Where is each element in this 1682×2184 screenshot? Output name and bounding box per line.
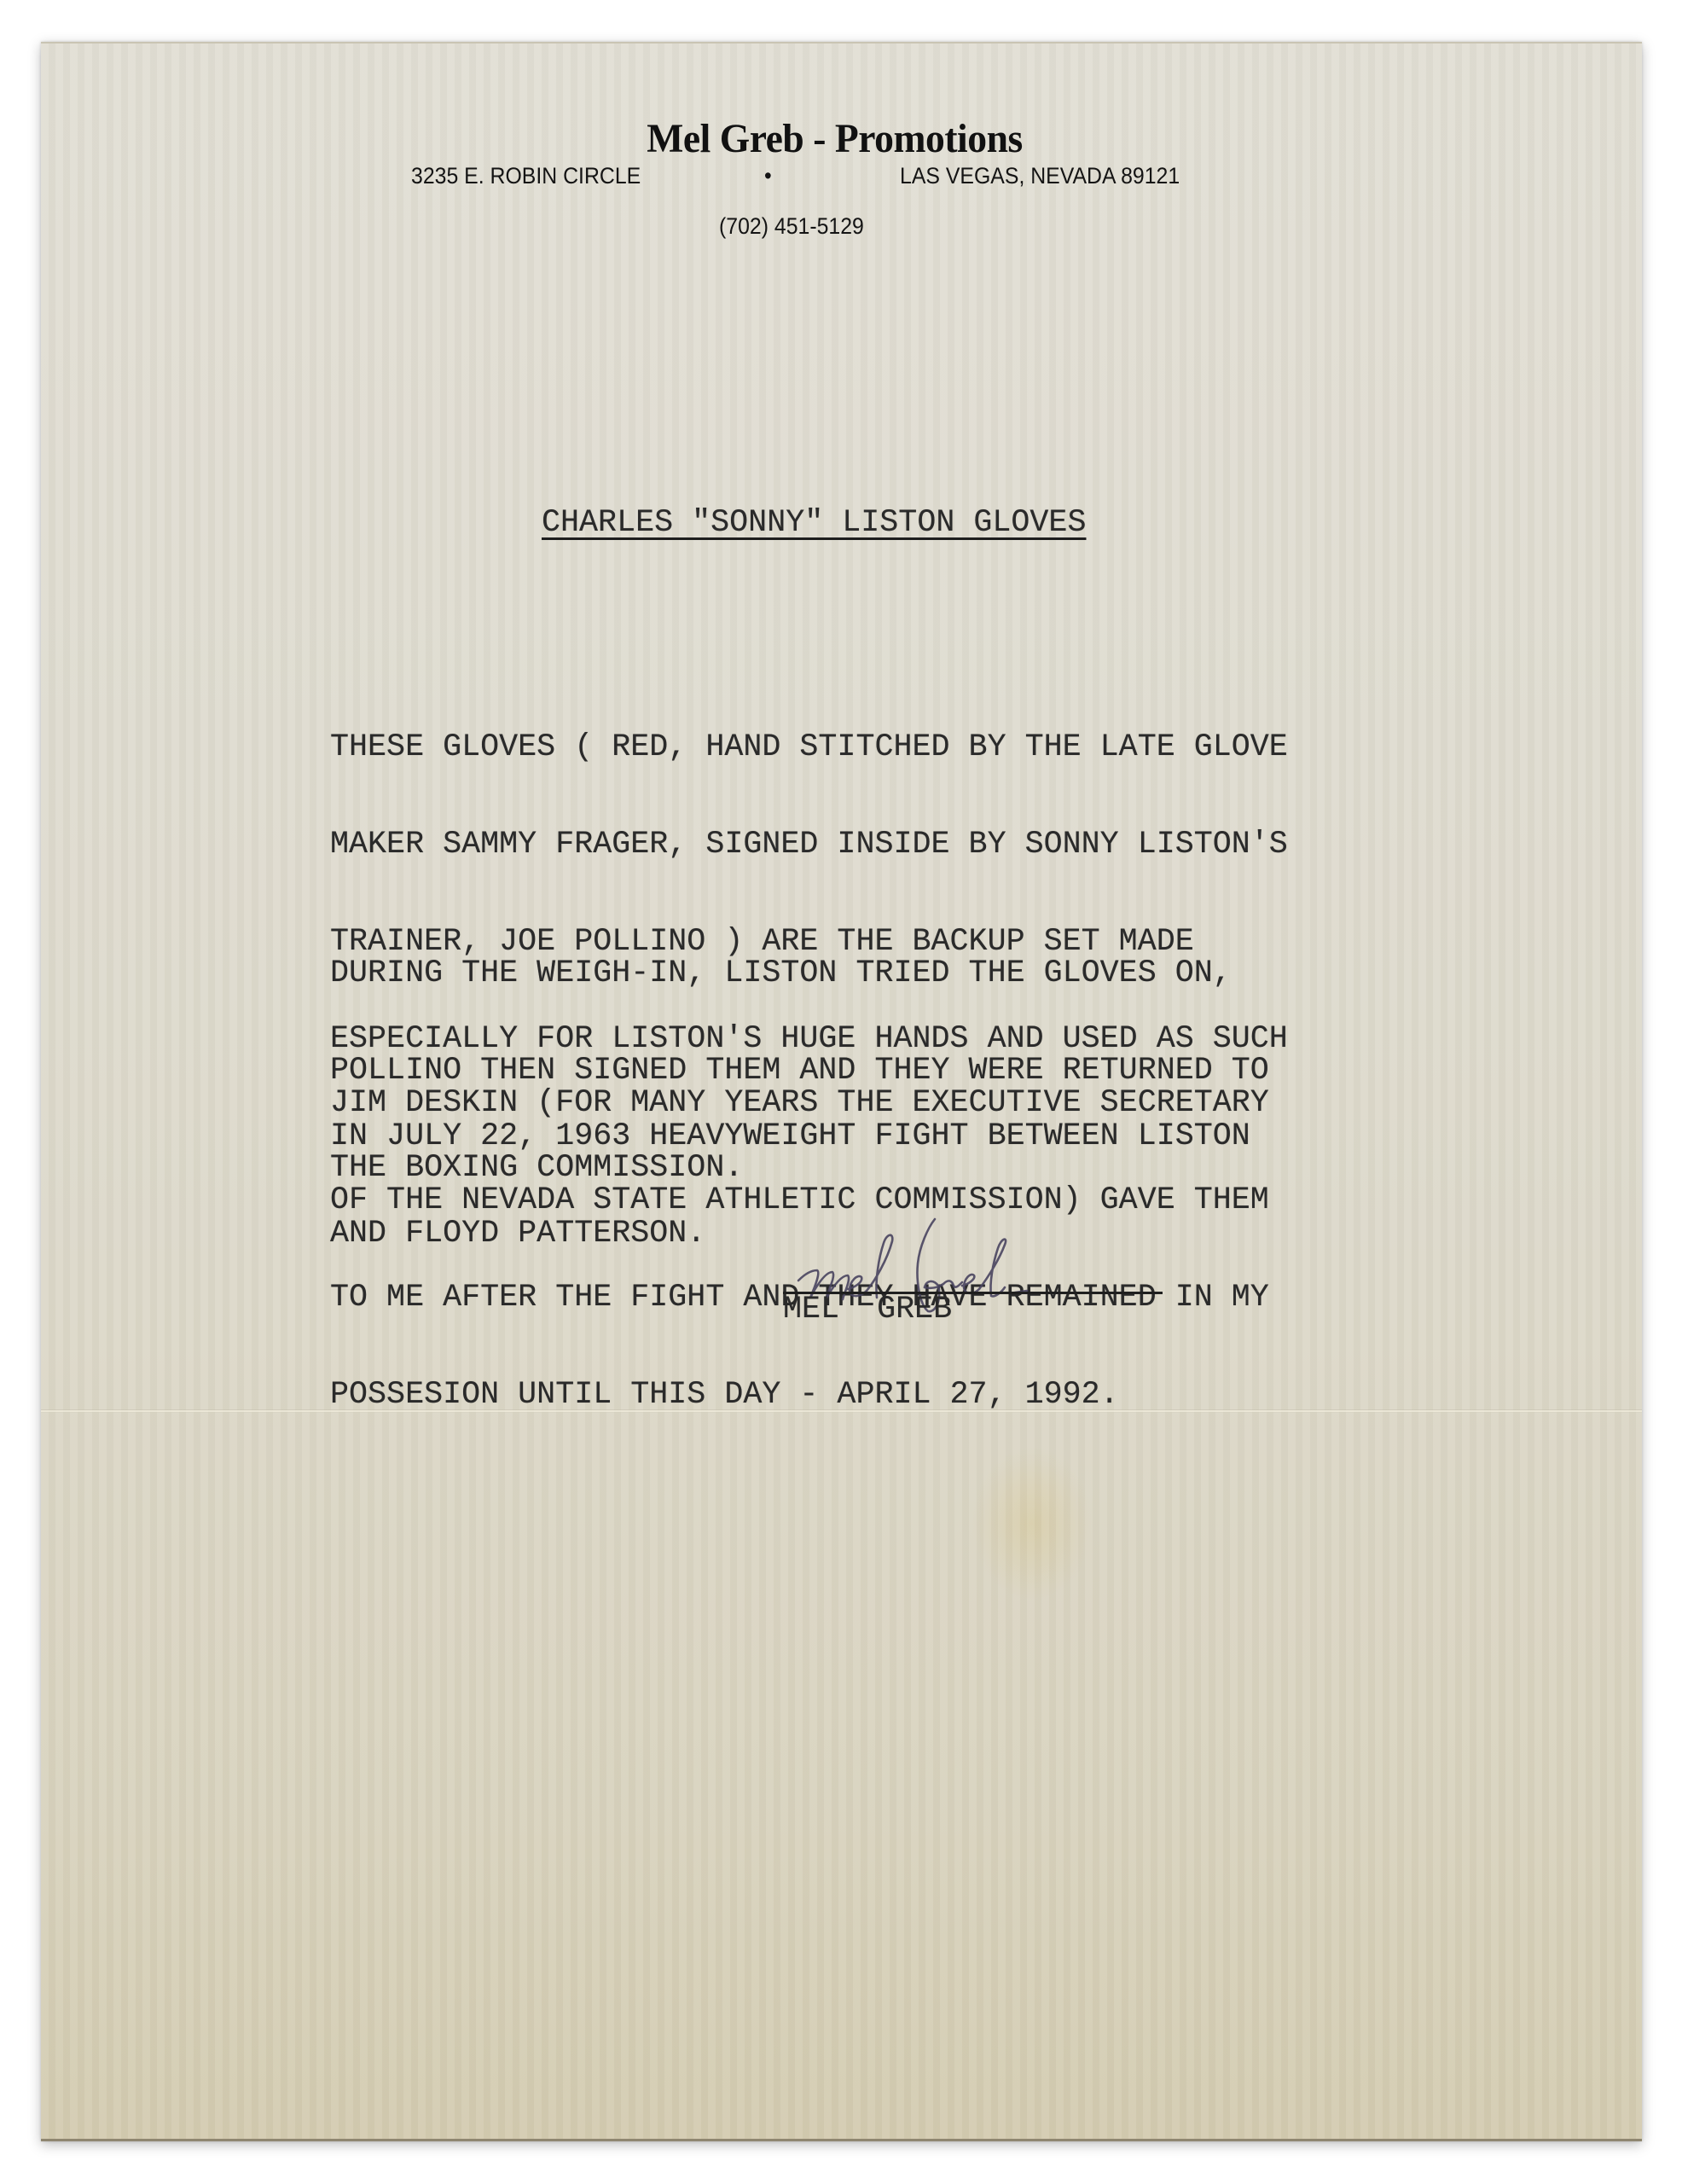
paragraph-line: MAKER SAMMY FRAGER, SIGNED INSIDE BY SON…: [330, 828, 1288, 861]
letterhead-street-address: 3235 E. ROBIN CIRCLE: [411, 162, 641, 189]
letterhead-city-state-zip: LAS VEGAS, NEVADA 89121: [900, 162, 1180, 189]
paragraph-line: JIM DESKIN (FOR MANY YEARS THE EXECUTIVE…: [330, 1087, 1269, 1119]
paragraph-line: DURING THE WEIGH-IN, LISTON TRIED THE GL…: [330, 957, 1269, 990]
letterhead-phone: (702) 451-5129: [719, 212, 864, 240]
document-title: CHARLES "SONNY" LISTON GLOVES: [542, 507, 1086, 539]
letter-page: Mel Greb - Promotions 3235 E. ROBIN CIRC…: [41, 42, 1642, 2141]
paper-fold-crease: [41, 1409, 1642, 1413]
paragraph-line: THESE GLOVES ( RED, HAND STITCHED BY THE…: [330, 731, 1288, 764]
bullet-separator-icon: •: [764, 162, 772, 189]
paragraph-line: POSSESION UNTIL THIS DAY - APRIL 27, 199…: [330, 1379, 1269, 1411]
typed-signatory-name: MEL GREB: [783, 1293, 952, 1326]
letterhead-company-name: Mel Greb - Promotions: [584, 113, 1084, 165]
